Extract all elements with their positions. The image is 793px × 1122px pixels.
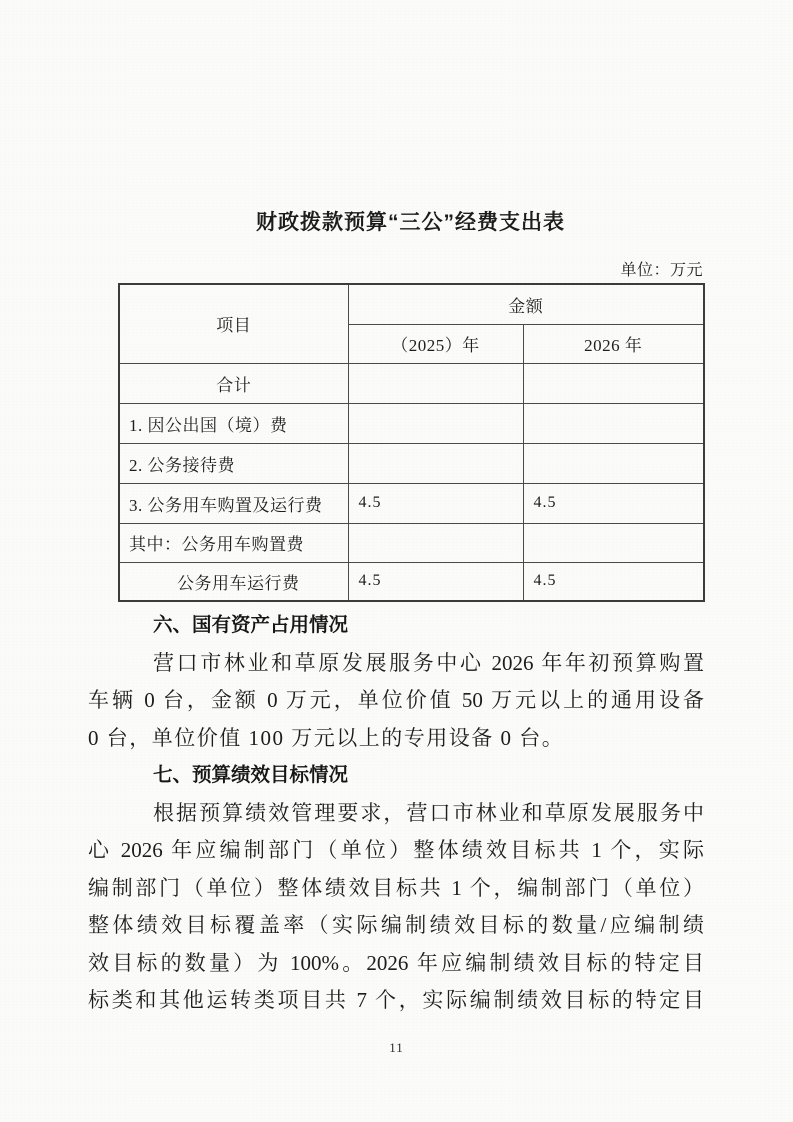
table-body: 合计 1. 因公出国（境）费 2. 公务接待费 3. 公务用车购置及运行费 4.… [119,363,704,601]
unit-note: 单位：万元 [118,257,703,280]
row-label: 合计 [119,363,348,403]
cell-2026 [523,363,704,403]
table-row-vehicle-operating: 公务用车运行费 4.5 4.5 [119,562,704,601]
row-label: 公务用车运行费 [119,562,348,601]
cell-2026 [523,523,704,562]
row-label: 2. 公务接待费 [119,443,348,483]
table-row-reception-fee: 2. 公务接待费 [119,443,704,483]
table-row-abroad-fee: 1. 因公出国（境）费 [119,403,704,443]
col-header-year-2026: 2026 年 [523,324,704,363]
section-heading-state-assets: 六、国有资产占用情况 [88,607,704,645]
document-page: 财政拨款预算“三公”经费支出表 单位：万元 项目 金额 （2025）年 2026… [0,0,793,1122]
header-row-amount: 项目 金额 [119,284,704,324]
cell-2025: 4.5 [348,562,523,601]
paragraph-line: 车辆 0 台，金额 0 万元，单位价值 50 万元以上的通用设备 [88,682,704,720]
cell-2026: 4.5 [523,562,704,601]
paragraph-line: 标类和其他运转类项目共 7 个，实际编制绩效目标的特定目 [88,982,704,1020]
document-title: 财政拨款预算“三公”经费支出表 [118,206,703,236]
table-header: 项目 金额 （2025）年 2026 年 [119,284,704,363]
three-public-expense-table: 项目 金额 （2025）年 2026 年 合计 1. 因公出国（境）费 2. 公… [118,283,705,602]
cell-2025 [348,443,523,483]
body-text: 六、国有资产占用情况 营口市林业和草原发展服务中心 2026 年年初预算购置 车… [88,607,704,1020]
col-header-amount: 金额 [348,284,704,324]
row-label: 其中：公务用车购置费 [119,523,348,562]
row-label: 3. 公务用车购置及运行费 [119,483,348,523]
cell-2025: 4.5 [348,483,523,523]
cell-2026 [523,403,704,443]
row-label: 1. 因公出国（境）费 [119,403,348,443]
cell-2025 [348,363,523,403]
cell-2025 [348,403,523,443]
paragraph-line: 效目标的数量）为 100%。2026 年应编制绩效目标的特定目 [88,945,704,983]
cell-2026 [523,443,704,483]
cell-2025 [348,523,523,562]
cell-2026: 4.5 [523,483,704,523]
paragraph-line: 根据预算绩效管理要求，营口市林业和草原发展服务中 [88,795,704,833]
col-header-item: 项目 [119,284,348,363]
paragraph-line: 0 台，单位价值 100 万元以上的专用设备 0 台。 [88,720,704,758]
table-row-total: 合计 [119,363,704,403]
page-number: 11 [0,1038,793,1058]
table-row-vehicle-purchase: 其中：公务用车购置费 [119,523,704,562]
paragraph-line: 心 2026 年应编制部门（单位）整体绩效目标共 1 个，实际 [88,832,704,870]
paragraph-line: 营口市林业和草原发展服务中心 2026 年年初预算购置 [88,645,704,683]
table-row-vehicle-fee: 3. 公务用车购置及运行费 4.5 4.5 [119,483,704,523]
col-header-year-2025: （2025）年 [348,324,523,363]
paragraph-line: 整体绩效目标覆盖率（实际编制绩效目标的数量/应编制绩 [88,907,704,945]
paragraph-line: 编制部门（单位）整体绩效目标共 1 个，编制部门（单位） [88,870,704,908]
section-heading-performance-targets: 七、预算绩效目标情况 [88,757,704,795]
